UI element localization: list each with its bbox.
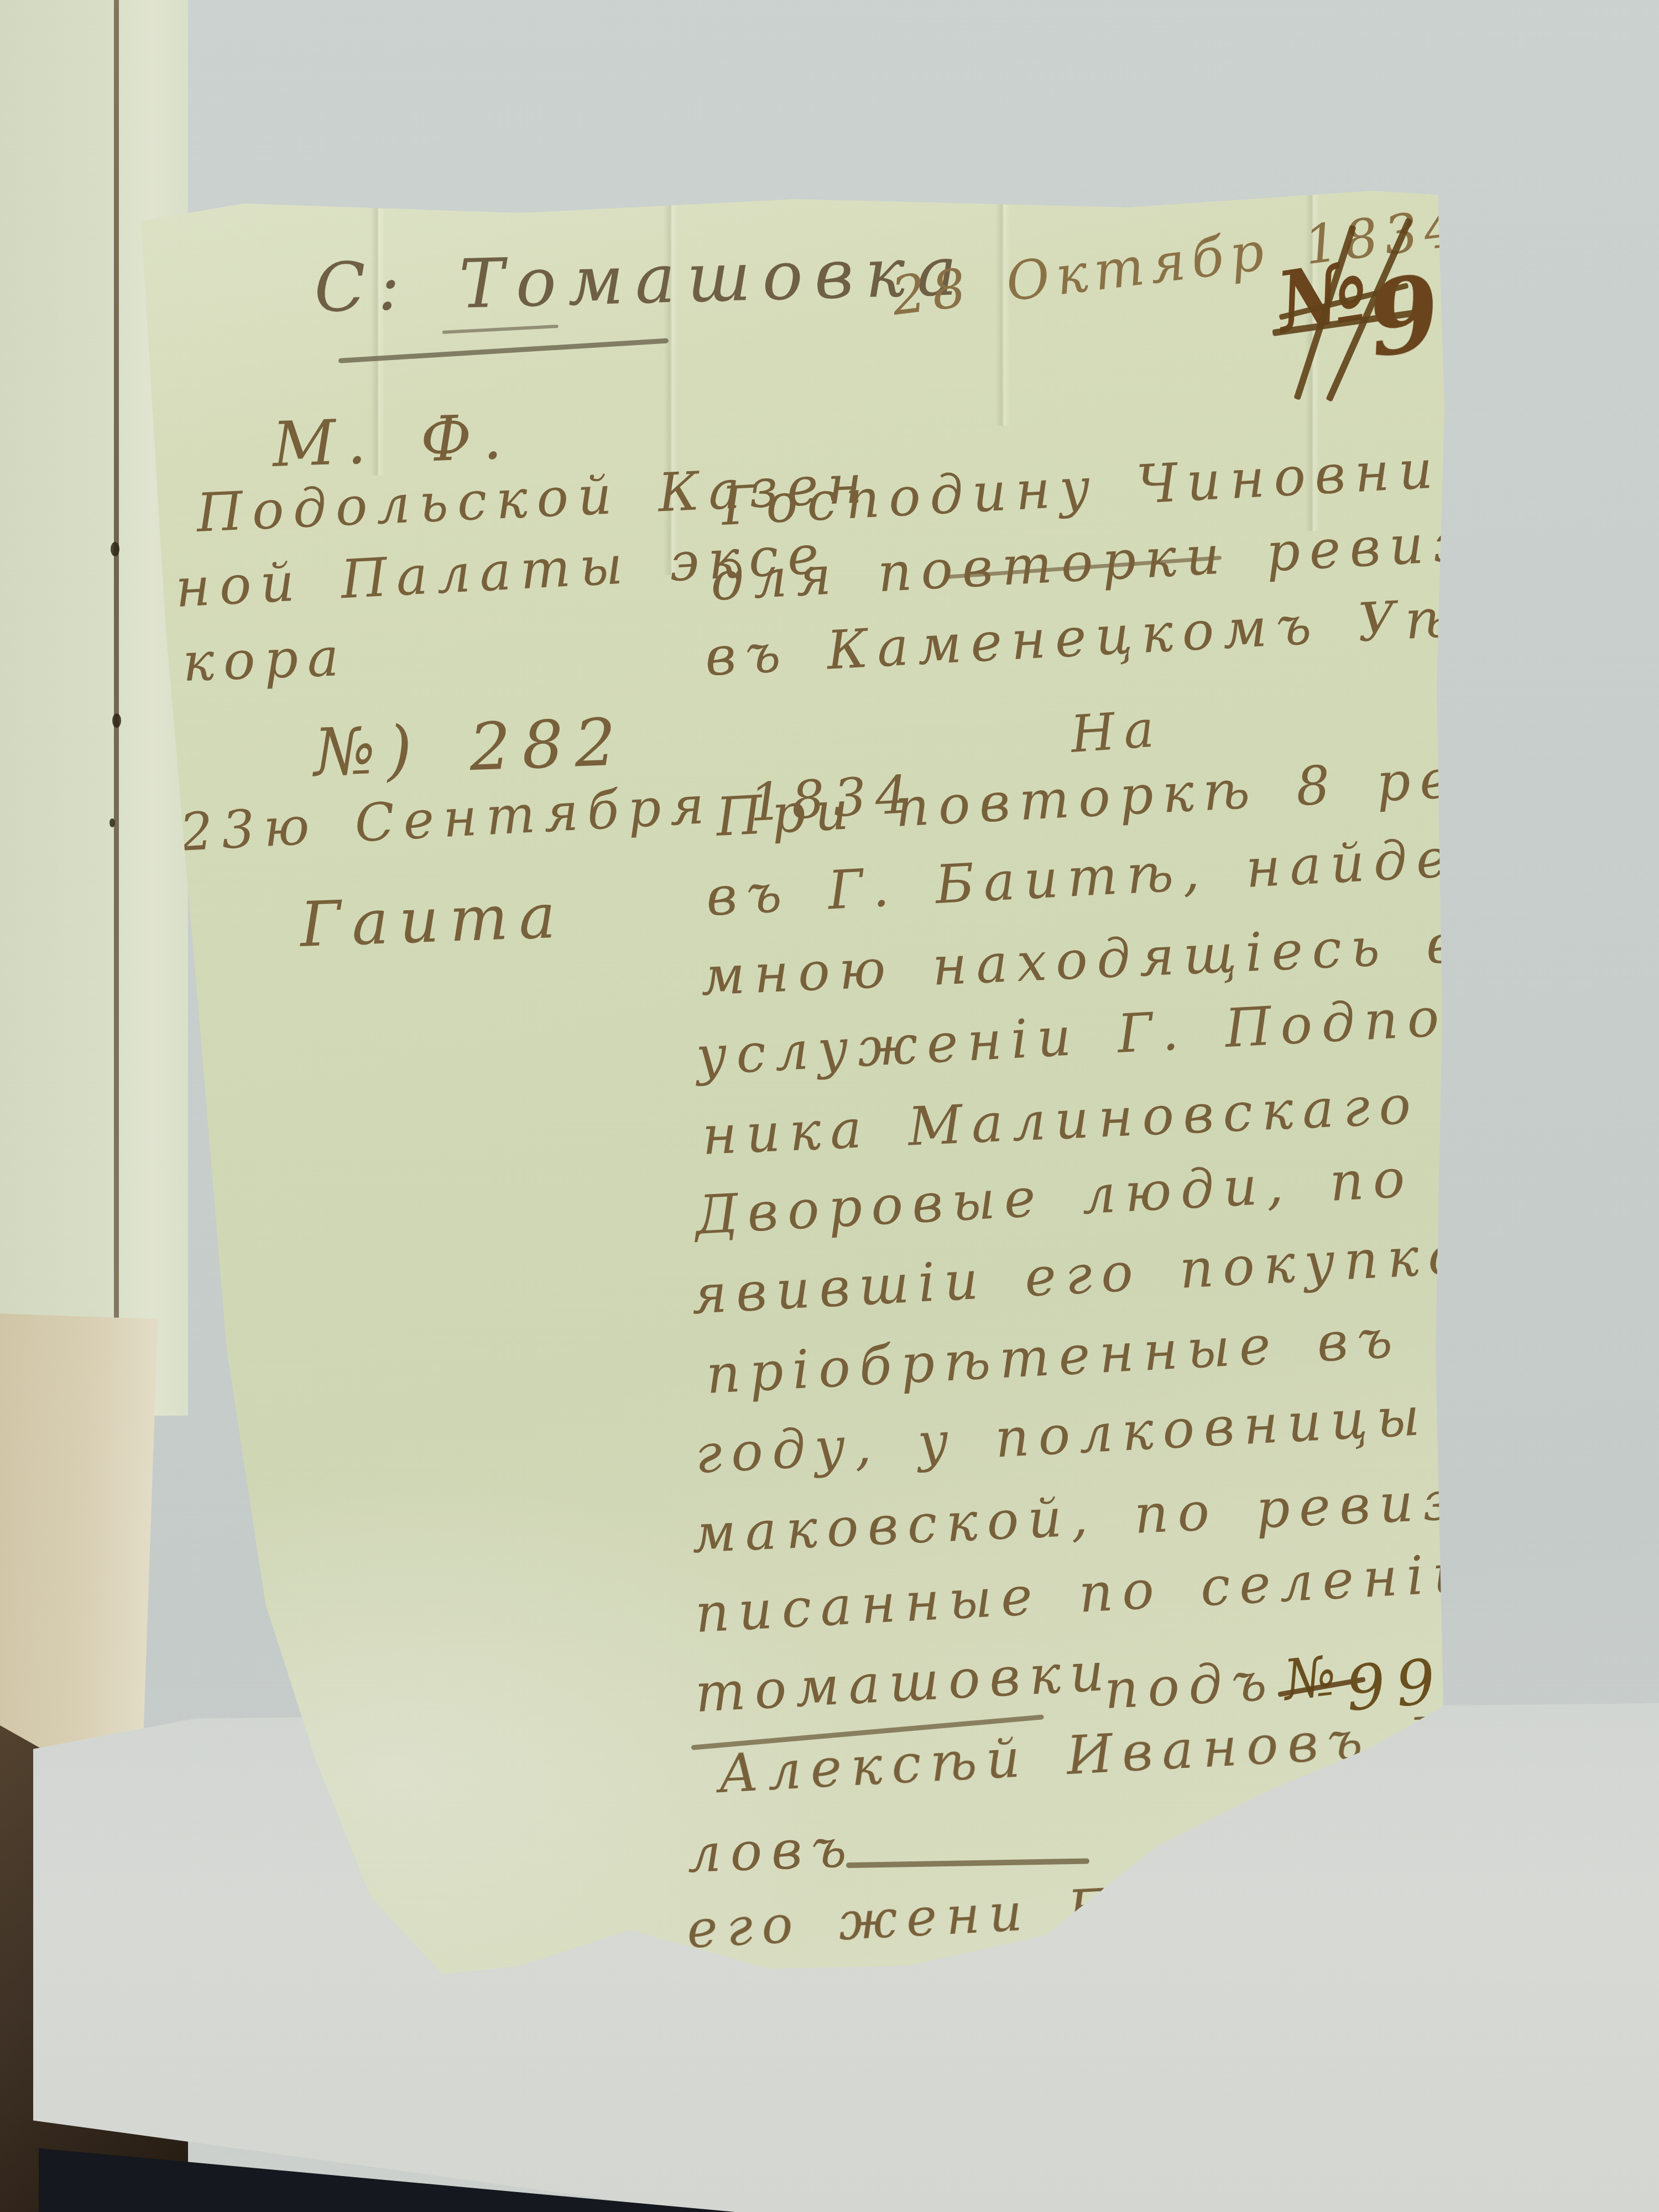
village-name: томашовки xyxy=(693,1641,1114,1724)
photo-scene: С: Томашовка 28 Октябр 1834 № 94 М. Ф. П… xyxy=(0,0,1659,2212)
body-line: При повторкѣ 8 ревизіи xyxy=(714,738,1651,848)
body-insert-word: На xyxy=(1069,699,1165,764)
letter-page: С: Томашовка 28 Октябр 1834 № 94 М. Ф. П… xyxy=(133,188,1449,1991)
sender-abbreviation: М. Ф. xyxy=(271,401,514,481)
crossed-number-sign-2: № xyxy=(1281,1642,1349,1713)
header-place-underline-short xyxy=(442,325,559,334)
village-line-rest: подъ xyxy=(1103,1650,1277,1721)
header-number: 94 xyxy=(1360,237,1553,380)
underlying-page xyxy=(0,0,188,1416)
sender-place: Гаита xyxy=(299,880,567,961)
binding-groove xyxy=(114,0,119,1405)
header-place-underline xyxy=(338,338,669,363)
stitch-hole xyxy=(112,713,121,728)
stitch-hole xyxy=(109,818,115,827)
sender-number: №) 282 xyxy=(312,703,628,791)
header-place: С: Томашовка xyxy=(313,232,969,327)
sender-line-4: кора xyxy=(181,626,349,693)
serf-name-line-2: ловъ xyxy=(686,1817,857,1885)
stitch-hole xyxy=(111,542,119,556)
dash-rule xyxy=(846,1858,1089,1868)
